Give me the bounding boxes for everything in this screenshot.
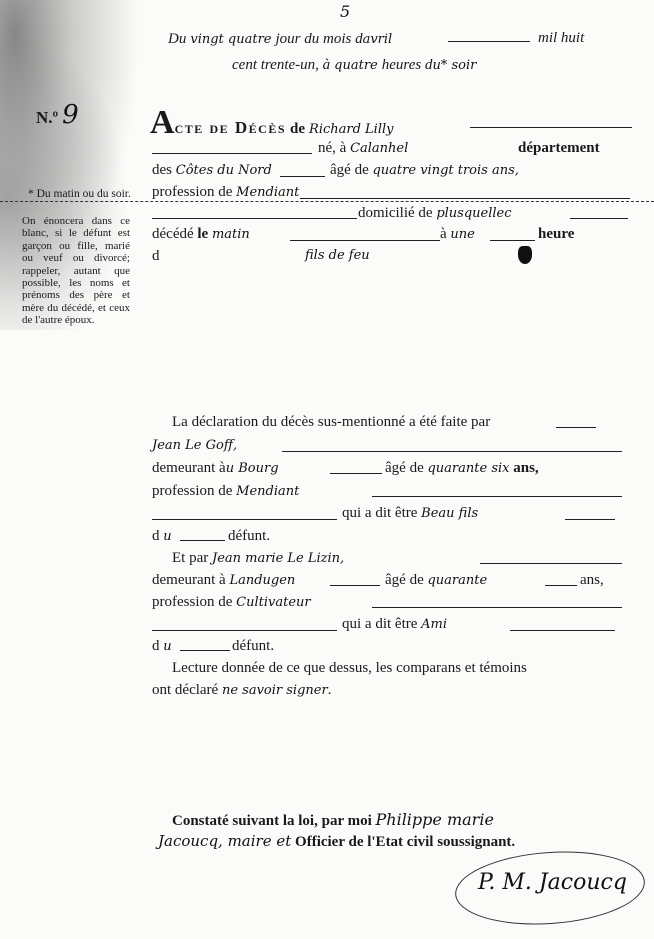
declarant2-name: Jean marie Le Lizin,	[212, 551, 344, 566]
died-time-value: matin	[212, 227, 250, 242]
page-mark: 5	[340, 2, 350, 21]
declarant2-age-row: âgé de quarante	[385, 572, 487, 589]
relation-label: qui a dit être	[342, 505, 417, 521]
died-prefix: le	[197, 226, 208, 242]
fill-line	[565, 519, 615, 520]
fill-line	[490, 240, 535, 241]
fill-line	[510, 630, 615, 631]
attestation-line-1: Constaté suivant la loi, par moi Philipp…	[172, 810, 494, 830]
du-value: u	[163, 529, 171, 544]
at-label: à	[440, 226, 447, 242]
declarant1-residence-row: demeurant àu Bourg	[152, 460, 279, 477]
reading-prefix: ont déclaré	[152, 682, 218, 698]
declarant1-age: quarante six	[427, 461, 509, 476]
deceased-name: Richard Lilly	[309, 122, 393, 137]
officer-first-name: Philippe marie	[376, 810, 494, 829]
declarant2-profession-row: profession de Cultivateur	[152, 594, 311, 611]
declarant2-residence: Landugen	[229, 573, 295, 588]
day-value: vingt quatre	[190, 32, 271, 47]
fill-line	[556, 427, 596, 428]
hour-label: heure	[538, 226, 574, 243]
declarant1-age-row: âgé de quarante six ans,	[385, 460, 539, 477]
header-text: jour du mois d	[275, 31, 362, 47]
profession-label: profession de	[152, 184, 232, 200]
hour-value: quatre	[334, 58, 378, 73]
parent-note: fils de feu	[305, 248, 370, 263]
fill-line	[448, 41, 530, 42]
declarant1-du-row: d u	[152, 528, 172, 545]
officer-last-name: Jacoucq, maire et	[158, 832, 291, 850]
fill-line	[480, 563, 622, 564]
domicile-value: plusquellec	[436, 206, 511, 221]
declarant2-relation: Ami	[421, 617, 447, 632]
du-label: d	[152, 528, 160, 544]
fill-line	[282, 451, 622, 452]
declared-value: ne savoir signer	[222, 683, 328, 698]
died-hour-value: une	[450, 227, 474, 242]
fill-line	[545, 585, 577, 586]
defunt-label: défunt.	[228, 528, 270, 545]
fill-line	[280, 176, 325, 177]
age-label: âgé de	[385, 572, 424, 588]
declarant2-du-row: d u	[152, 638, 172, 655]
margin-instructions: On énoncera dans ce blanc, si le défunt …	[22, 215, 130, 327]
declarant1-relation-row: qui a dit être Beau fils	[342, 505, 478, 522]
declarant1-residence: u Bourg	[226, 461, 279, 476]
profession-value: Mendiant	[236, 185, 299, 200]
declarant1-relation: Beau fils	[421, 506, 478, 521]
title-initial: A	[150, 104, 175, 141]
fill-line	[300, 198, 630, 199]
died-row: décédé le matin	[152, 226, 250, 243]
fill-line	[290, 240, 440, 241]
declarant2-age: quarante	[427, 573, 487, 588]
declarant2-relation-row: qui a dit être Ami	[342, 616, 447, 633]
act-title: Acte de Décès de Richard Lilly	[150, 104, 394, 142]
fill-line	[372, 496, 622, 497]
declarant2-residence-row: demeurant à Landugen	[152, 572, 295, 589]
defunt-label: défunt.	[232, 638, 274, 655]
years-label: ans,	[513, 460, 538, 476]
fill-line	[152, 218, 357, 219]
declarant2-name-row: Et par Jean marie Le Lizin,	[172, 550, 344, 567]
born-label: né, à	[318, 140, 346, 156]
fill-line	[372, 607, 622, 608]
title-rest: cte de Décès	[175, 118, 286, 137]
profession-row: profession de Mendiant	[152, 184, 299, 201]
officer-signature: P. M. Jacoucq	[478, 870, 627, 895]
fill-line	[330, 473, 382, 474]
declarant1-profession: Mendiant	[236, 484, 299, 499]
reading-line-1: Lecture donnée de ce que dessus, les com…	[172, 660, 527, 677]
age-row: âgé de quatre vingt trois ans,	[330, 162, 519, 179]
domicile-row: domicilié de plusquellec	[358, 205, 512, 222]
profession-label: profession de	[152, 483, 232, 499]
declaration-intro: La déclaration du décès sus-mentionné a …	[172, 414, 490, 431]
fill-line	[152, 519, 337, 520]
fill-line	[152, 153, 312, 154]
residence-label: demeurant à	[152, 572, 226, 588]
du-label: d	[152, 638, 160, 654]
fold-line	[0, 201, 654, 202]
margin-asterisk-note: * Du matin ou du soir.	[28, 188, 131, 201]
died-label: décédé	[152, 226, 194, 242]
d-label: d	[152, 248, 160, 265]
reading-line-2: ont déclaré ne savoir signer.	[152, 682, 331, 699]
attestation-prefix: Constaté suivant la loi, par moi	[172, 813, 372, 829]
years-label: ans,	[580, 572, 604, 589]
month-value: avril	[363, 32, 393, 47]
residence-label: demeurant à	[152, 460, 226, 476]
profession-label: profession de	[152, 594, 232, 610]
relation-label: qui a dit être	[342, 616, 417, 632]
fill-line	[152, 630, 337, 631]
department-row: des Côtes du Nord	[152, 162, 272, 179]
age-label: âgé de	[385, 460, 424, 476]
born-row: né, à Calanhel	[318, 140, 408, 157]
attestation-line-2: Jacoucq, maire et Officier de l'Etat civ…	[158, 832, 515, 851]
header-text: Du	[168, 31, 186, 47]
record-number-label: N.º	[36, 108, 58, 127]
died-hour-row: à une	[440, 226, 475, 243]
department-label: département	[518, 140, 600, 157]
et-par-label: Et par	[172, 550, 208, 566]
header-text: cent trente-un, à	[232, 57, 330, 73]
period-value: u* soir	[432, 58, 476, 73]
declarant2-profession: Cultivateur	[236, 595, 310, 610]
header-line-2: cent trente-un, à quatre heures du* soir	[232, 56, 476, 74]
age-value: quatre vingt trois ans,	[372, 163, 518, 178]
declarant1-name: Jean Le Goff,	[152, 438, 237, 453]
declarant1-profession-row: profession de Mendiant	[152, 483, 299, 500]
domicile-label: domicilié de	[358, 205, 433, 221]
department-value: Côtes du Nord	[176, 163, 272, 178]
header-text: heures d	[382, 57, 433, 73]
fill-line	[570, 218, 628, 219]
header-text: mil huit	[538, 30, 584, 47]
fill-line	[330, 585, 380, 586]
age-label: âgé de	[330, 162, 369, 178]
de-label: de	[290, 121, 305, 137]
department-prefix: des	[152, 162, 172, 178]
attestation-suffix: Officier de l'Etat civil soussignant.	[295, 834, 515, 850]
fill-line	[180, 650, 230, 651]
header-line-1: Du vingt quatre jour du mois davril	[168, 30, 392, 48]
record-number-value: 9	[62, 100, 79, 130]
birthplace-value: Calanhel	[350, 141, 408, 156]
reading-suffix: .	[328, 682, 332, 698]
fill-line	[470, 127, 632, 128]
fill-line	[180, 540, 225, 541]
du-value: u	[163, 639, 171, 654]
ink-blot	[518, 246, 532, 264]
record-number: N.º 9	[36, 100, 79, 130]
